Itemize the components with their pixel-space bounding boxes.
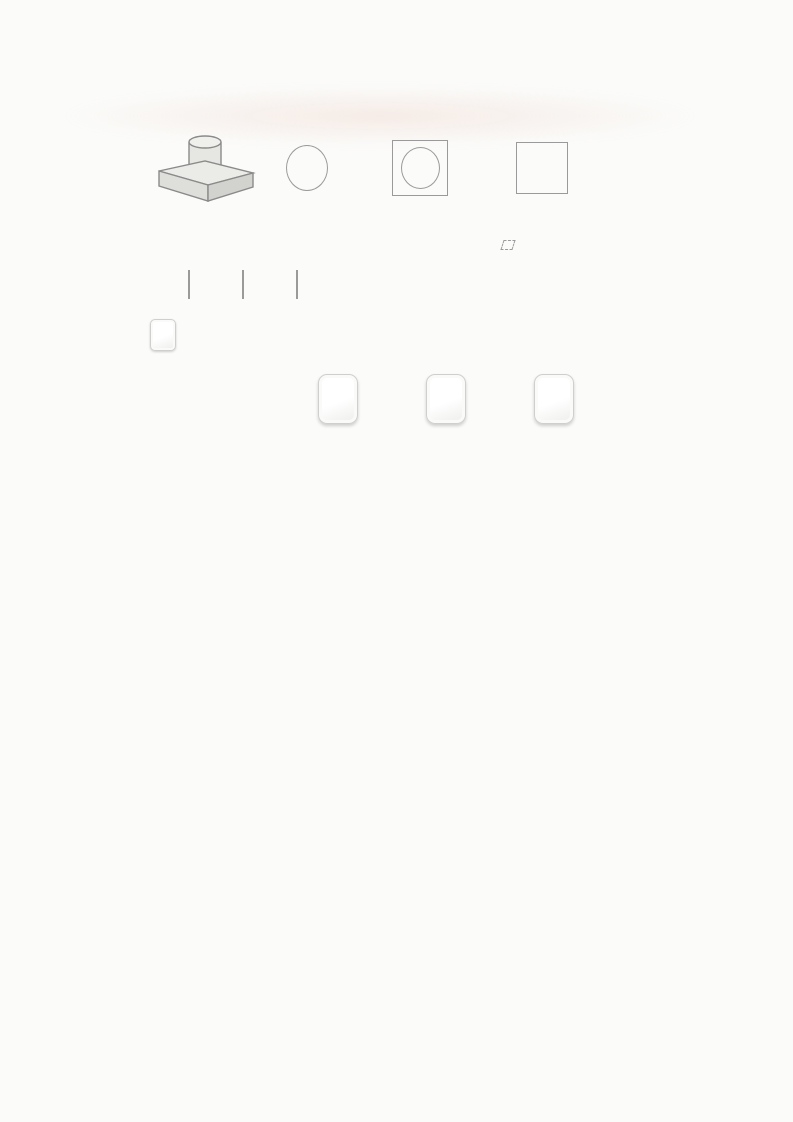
- mooncake-box: [296, 270, 298, 299]
- mooncake-box: [188, 270, 190, 299]
- question-3-number: [115, 236, 150, 244]
- question-5: [115, 319, 715, 424]
- question-4: [115, 256, 715, 307]
- question-2: [115, 218, 715, 224]
- cards-figure: [150, 368, 715, 424]
- sticks-right-box: [500, 240, 515, 250]
- card-cluster: [150, 394, 310, 399]
- question-1-option-1: [280, 145, 328, 191]
- block-figure: [150, 130, 262, 206]
- mooncake-box: [242, 270, 244, 299]
- question-5-prompt: [150, 319, 715, 358]
- square-shape: [516, 142, 568, 194]
- card-5: [426, 374, 466, 424]
- question-1-option-3: [510, 142, 568, 194]
- worksheet-page: [0, 0, 793, 1122]
- card-3: [318, 374, 358, 424]
- question-1-option-2: [386, 140, 448, 196]
- question-7: [115, 84, 715, 98]
- question-2-number: [115, 218, 150, 224]
- question-1: [115, 118, 715, 208]
- question-7-number: [115, 84, 150, 98]
- card-6: [534, 374, 574, 424]
- question-5-options: [310, 374, 715, 424]
- question-5-option-2: [418, 374, 526, 424]
- question-1-number: [115, 118, 150, 208]
- circle-in-square-shape: [392, 140, 448, 196]
- question-3: [115, 236, 715, 244]
- mooncake-boxes-figure: [188, 270, 750, 299]
- circle-shape: [286, 145, 328, 191]
- question-5-option-1: [310, 374, 418, 424]
- counting-sticks-figure: [488, 240, 520, 250]
- question-5-option-3: [526, 374, 634, 424]
- highlighted-card-9: [150, 319, 176, 351]
- question-4-number: [115, 256, 150, 307]
- question-5-number: [115, 319, 150, 424]
